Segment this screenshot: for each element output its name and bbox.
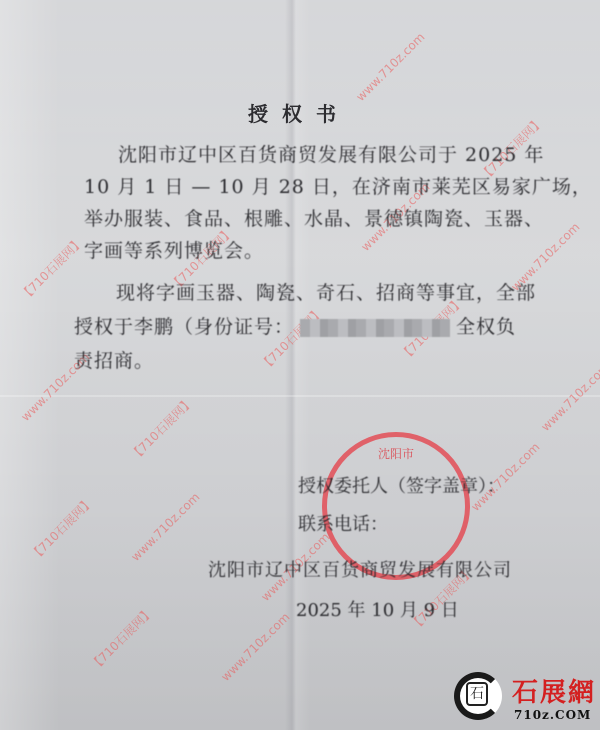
logo-glyph: 石: [466, 682, 488, 706]
paragraph1-line1: 沈阳市辽中区百货商贸发展有限公司于 2025 年: [118, 140, 544, 167]
document-date: 2025 年 10 月 9 日: [296, 596, 459, 622]
company-name: 沈阳市辽中区百货商贸发展有限公司: [208, 556, 512, 582]
paper-fold: [0, 395, 600, 397]
signature-label: 授权委托人（签字盖章）：: [298, 472, 505, 498]
redacted-id-number: [300, 319, 450, 337]
paragraph1-line4: 字画等系列博览会。: [84, 236, 264, 263]
site-logo: 石 石展網 710z.COM: [452, 668, 598, 726]
document-title: 授权书: [248, 98, 350, 127]
logo-url: 710z.COM: [514, 708, 591, 722]
logo-name: 石展網: [512, 672, 596, 709]
seal-text: 沈阳市: [327, 445, 465, 462]
paragraph1-line3: 举办服装、食品、根雕、水晶、景德镇陶瓷、玉器、: [84, 204, 544, 231]
authorization-text-end: 全权负: [456, 316, 516, 338]
authorization-text: 授权于李鹏（身份证号：: [74, 316, 294, 338]
contact-label: 联系电话：: [298, 510, 388, 536]
paragraph2-line3: 责招商。: [74, 346, 154, 373]
paragraph2-line1: 现将字画玉器、陶瓷、奇石、招商等事宜，全部: [116, 278, 536, 305]
paragraph2-line2: 授权于李鹏（身份证号：全权负: [74, 312, 516, 339]
paragraph1-line2: 10 月 1 日 — 10 月 28 日，在济南市莱芜区易家广场，: [84, 172, 592, 199]
